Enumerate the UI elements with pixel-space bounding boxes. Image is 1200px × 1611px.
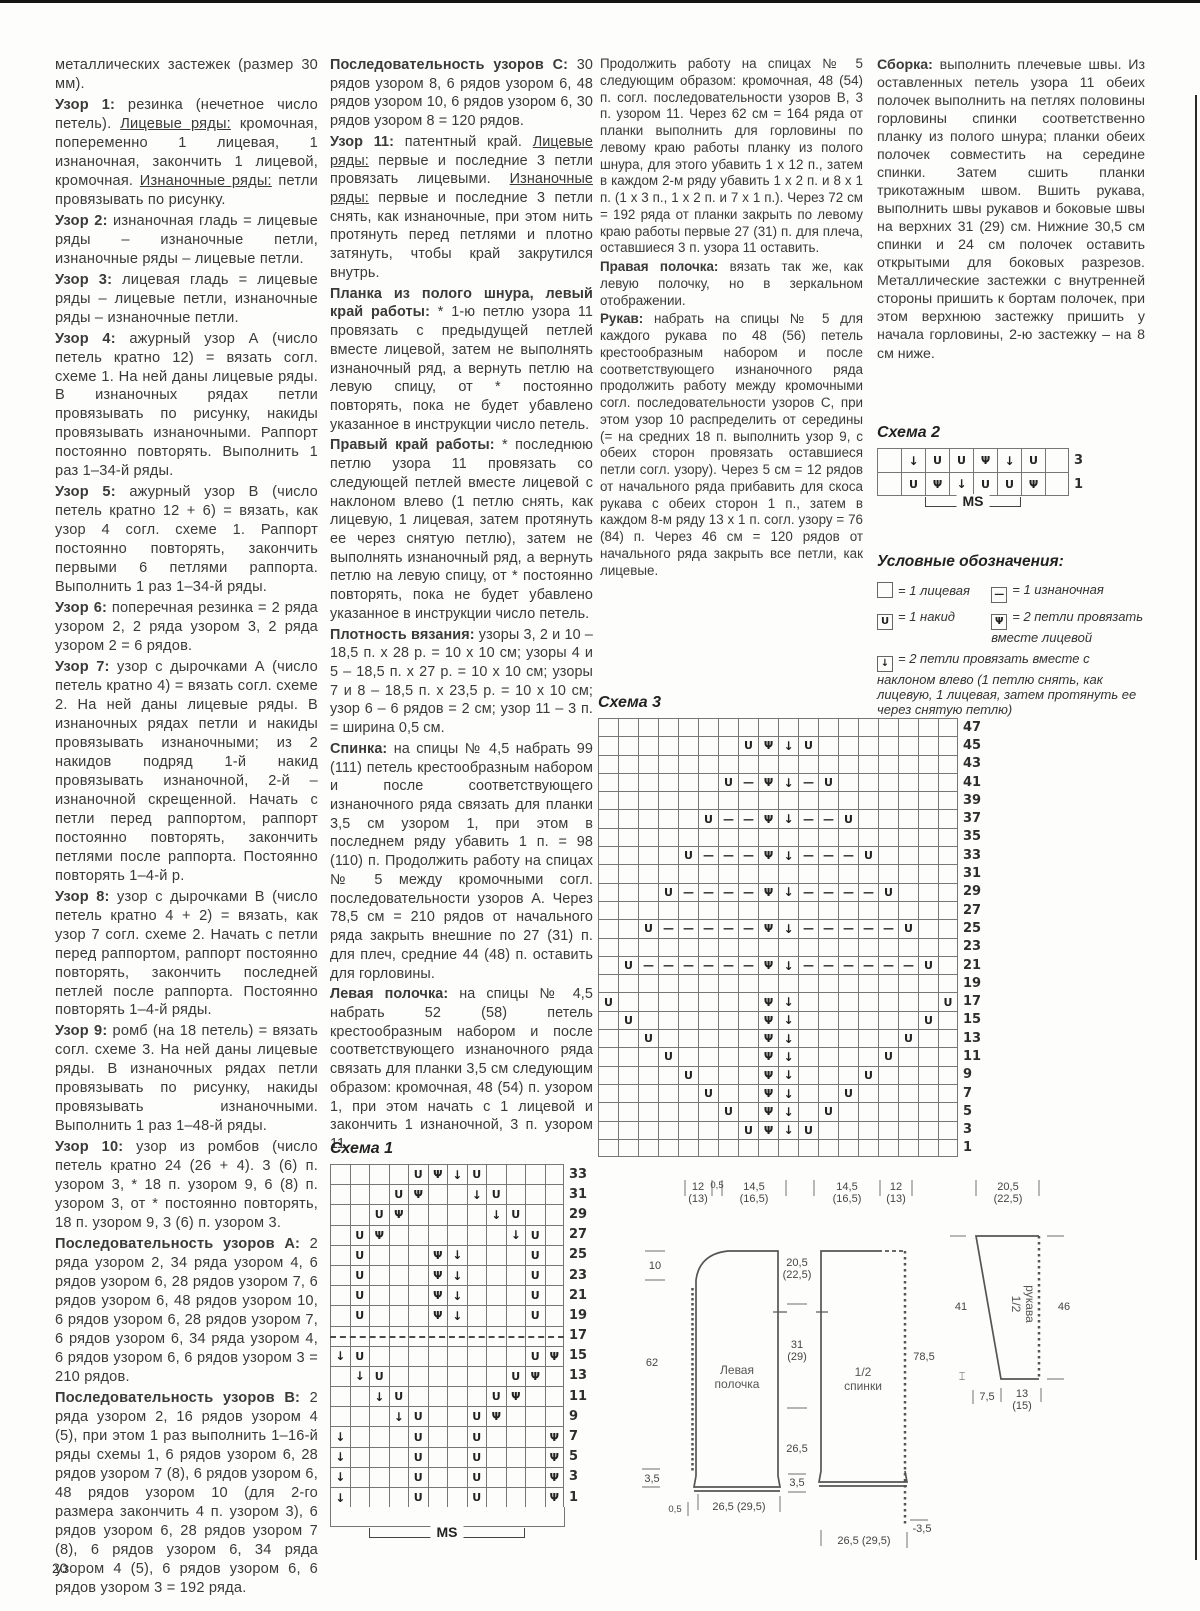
chart-cell — [486, 1467, 506, 1487]
chart-cell: ↓ — [778, 883, 798, 901]
chart-cell — [718, 1121, 738, 1139]
chart-cell — [718, 1029, 738, 1047]
chart-cell: U — [467, 1426, 487, 1446]
row-number: 15 — [958, 1011, 981, 1029]
k2tog-symbol: Ψ — [550, 1492, 559, 1503]
row-number: 3 — [1069, 448, 1083, 472]
k2tog-symbol: Ψ — [764, 740, 773, 751]
ssk-symbol: ↓ — [956, 478, 966, 490]
chart-cell — [658, 718, 678, 736]
chart-cell: U — [467, 1447, 487, 1467]
chart-cell — [818, 718, 838, 736]
chart-cell — [678, 736, 698, 754]
legend-item-text: = 2 петли провязать вместе лицевой — [991, 609, 1143, 645]
back-piece-label-1: 1/2 — [855, 1365, 872, 1379]
chart-cell: Ψ — [925, 472, 949, 496]
legend-item-text: = 1 изнаночная — [1012, 582, 1104, 597]
chart-cell — [798, 1084, 818, 1102]
chart-cell — [428, 1346, 448, 1366]
k2tog-symbol: Ψ — [764, 1015, 773, 1026]
purl-symbol: — — [703, 850, 714, 861]
yarn-over-symbol: U — [531, 1250, 540, 1261]
ssk-symbol: ↓ — [783, 1051, 793, 1063]
chart-cell: — — [738, 809, 758, 827]
chart-cell — [369, 1245, 389, 1265]
chart-cell — [638, 864, 658, 882]
chart-row: 47 — [598, 718, 981, 736]
yarn-over-symbol: U — [664, 1051, 673, 1062]
chart-cell — [658, 1084, 678, 1102]
row-number: 9 — [958, 1066, 972, 1084]
back-outline — [821, 1251, 878, 1471]
chart-cell — [369, 1467, 389, 1487]
chart-cell — [618, 1066, 638, 1084]
row-number: 11 — [564, 1386, 587, 1406]
chart-cell: U — [467, 1467, 487, 1487]
ssk-symbol: ↓ — [394, 1411, 404, 1423]
chart-cell — [938, 1121, 958, 1139]
row-number: 7 — [564, 1426, 578, 1446]
chart-cell: Ψ — [758, 1066, 778, 1084]
chart-cell — [758, 755, 778, 773]
chart-cell — [858, 1102, 878, 1120]
chart-cell — [838, 1066, 858, 1084]
chart-cell — [738, 791, 758, 809]
chart-cell — [658, 938, 678, 956]
chart-cell: ↓ — [447, 1164, 467, 1184]
front-hem — [694, 1476, 780, 1487]
chart-cell: — — [698, 883, 718, 901]
chart-row: ↓UUΨ9 — [330, 1406, 587, 1426]
legend-item: ↓= 2 петли провязать вместе с наклоном в… — [877, 651, 1149, 717]
chart-cell — [778, 1139, 798, 1157]
chart-cell: — — [718, 956, 738, 974]
purl-symbol: — — [743, 960, 754, 971]
chart-cell — [878, 1066, 898, 1084]
chart-cell: U — [878, 1047, 898, 1065]
yarn-over-symbol: U — [844, 1088, 853, 1099]
row-number: 35 — [958, 828, 981, 846]
chart-cell — [858, 809, 878, 827]
k2tog-symbol: Ψ — [433, 1270, 442, 1281]
chart-cell — [738, 1084, 758, 1102]
yarn-over-symbol: U — [904, 1033, 913, 1044]
chart-cell — [638, 1102, 658, 1120]
yarn-over-symbol: U — [744, 1125, 753, 1136]
chart-cell — [918, 864, 938, 882]
chart-cell — [778, 938, 798, 956]
chart-cell — [428, 1447, 448, 1467]
chart-cell: Ψ — [758, 1121, 778, 1139]
chart-row: ↓UUΨ11 — [330, 1386, 587, 1406]
chart-cell — [506, 1467, 526, 1487]
chart-cell — [545, 1366, 565, 1386]
k2tog-symbol: Ψ — [764, 814, 773, 825]
chart-cell — [658, 809, 678, 827]
chart-cell — [798, 974, 818, 992]
purl-symbol: — — [843, 887, 854, 898]
chart-cell: U — [1021, 448, 1045, 472]
chart-cell — [758, 938, 778, 956]
chart-cell — [798, 1066, 818, 1084]
chart-cell — [506, 1447, 526, 1467]
chart-cell: Ψ — [428, 1245, 448, 1265]
chart-cell — [447, 1406, 467, 1426]
chart-cell: Ψ — [758, 1084, 778, 1102]
chart-row: U——Ψ↓——U37 — [598, 809, 981, 827]
yarn-over-symbol: U — [375, 1209, 384, 1220]
chart-cell — [858, 718, 878, 736]
k2tog-symbol: Ψ — [764, 887, 773, 898]
chart-cell — [798, 1029, 818, 1047]
chart-cell — [938, 773, 958, 791]
chart-cell — [818, 1066, 838, 1084]
chart-cell — [330, 1386, 350, 1406]
chart-cell — [467, 1245, 487, 1265]
chart-cell — [447, 1366, 467, 1386]
chart-cell — [818, 755, 838, 773]
row-number: 45 — [958, 736, 981, 754]
purl-symbol: — — [743, 887, 754, 898]
chart-cell: — — [718, 919, 738, 937]
yarn-over-symbol: U — [864, 1070, 873, 1081]
chart-cell — [545, 1386, 565, 1406]
chart-cell: ↓ — [778, 773, 798, 791]
paragraph: Узор 9: ромб (на 18 петель) = вязать сог… — [55, 1022, 318, 1136]
chart-cell — [428, 1426, 448, 1446]
row-number: 37 — [958, 809, 981, 827]
chart-cell — [638, 809, 658, 827]
paragraph: Узор 2: изнаночная гладь = лицевые ряды … — [55, 212, 318, 269]
chart-cell: U — [486, 1184, 506, 1204]
ssk-symbol: ↓ — [452, 1249, 462, 1261]
chart-cell — [428, 1366, 448, 1386]
chart-cell — [698, 901, 718, 919]
chart-cell — [428, 1386, 448, 1406]
chart-cell — [506, 1487, 526, 1507]
sleeve-piece-label-1: 1/2 — [1009, 1296, 1023, 1313]
chart-cell — [408, 1225, 428, 1245]
paragraph: Узор 6: поперечная резинка = 2 ряда узор… — [55, 599, 318, 656]
chart-cell: — — [738, 919, 758, 937]
chart-cell — [598, 773, 618, 791]
chart-cell — [858, 938, 878, 956]
ssk-symbol: ↓ — [1004, 455, 1014, 467]
chart-cell — [408, 1305, 428, 1325]
chart-cell — [758, 1139, 778, 1157]
chart-cell — [369, 1346, 389, 1366]
chart-cell — [350, 1386, 370, 1406]
purl-symbol: — — [643, 960, 654, 971]
back-slit-measure: -3,5 — [913, 1523, 932, 1535]
yarn-over-symbol: U — [355, 1250, 364, 1261]
yarn-over-symbol: U — [472, 1432, 481, 1443]
front-piece-label-2: полочка — [715, 1377, 760, 1391]
magazine-page: металлических застежек (размер 30 мм).Уз… — [0, 0, 1200, 1611]
chart-cell — [858, 992, 878, 1010]
chart-cell — [638, 1011, 658, 1029]
chart-row: U———Ψ↓———U33 — [598, 846, 981, 864]
chart-cell: U — [525, 1346, 545, 1366]
chart-cell — [798, 938, 818, 956]
chart-cell — [838, 1121, 858, 1139]
chart-cell: Ψ — [428, 1305, 448, 1325]
chart-row: ↓UUΨ7 — [330, 1426, 587, 1446]
chart-cell — [369, 1406, 389, 1426]
chart-cell — [938, 919, 958, 937]
chart-cell — [330, 1164, 350, 1184]
chart-cell — [618, 1139, 638, 1157]
yarn-over-symbol: U — [355, 1351, 364, 1362]
chart-cell — [389, 1447, 409, 1467]
yarn-over-symbol: U — [394, 1189, 403, 1200]
row-number: 21 — [564, 1285, 587, 1305]
chart-cell: U — [718, 1102, 738, 1120]
yarn-over-symbol: U — [511, 1209, 520, 1220]
chart-row: UΨ↓U31 — [330, 1184, 587, 1204]
chart-cell: Ψ — [486, 1406, 506, 1426]
chart-cell — [598, 1102, 618, 1120]
chart-cell: Ψ — [758, 809, 778, 827]
sleeve-hem-mark: ⌶ — [959, 1371, 966, 1383]
chart-cell: — — [818, 883, 838, 901]
chart-cell — [638, 974, 658, 992]
chart-cell — [598, 1066, 618, 1084]
chart-cell: U — [678, 846, 698, 864]
chart-cell: U — [408, 1487, 428, 1507]
chart-cell — [506, 1164, 526, 1184]
chart-cell — [486, 1245, 506, 1265]
ssk-symbol: ↓ — [783, 1033, 793, 1045]
chart-cell — [918, 846, 938, 864]
chart-cell — [698, 1102, 718, 1120]
middle-measure-3: 26,5 — [786, 1443, 807, 1455]
chart-cell — [858, 1084, 878, 1102]
chart-cell — [858, 828, 878, 846]
chart-cell — [428, 1406, 448, 1426]
chart-cell — [878, 1029, 898, 1047]
chart-cell — [938, 1139, 958, 1157]
chart-cell — [638, 1084, 658, 1102]
front-bottom-small: 0,5 — [668, 1504, 681, 1515]
row-number: 25 — [958, 919, 981, 937]
chart-cell — [545, 1204, 565, 1224]
chart-cell — [598, 938, 618, 956]
chart-cell — [818, 864, 838, 882]
purl-symbol: — — [903, 960, 914, 971]
chart-cell: U — [738, 1121, 758, 1139]
chart-cell: ↓ — [778, 1047, 798, 1065]
chart-cell — [598, 1084, 618, 1102]
chart-cell — [898, 883, 918, 901]
chart-cell: ↓ — [467, 1184, 487, 1204]
k2tog-symbol: Ψ — [433, 1250, 442, 1261]
chart-cell — [1045, 448, 1069, 472]
chart-cell — [658, 773, 678, 791]
chart-cell — [918, 828, 938, 846]
chart-cell — [858, 974, 878, 992]
yarn-over-symbol: U — [924, 1015, 933, 1026]
chart-cell — [798, 791, 818, 809]
chart-cell — [467, 1386, 487, 1406]
chart-row: UΨ↓U27 — [330, 1225, 587, 1245]
text-column-2: Последовательность узоров С: 30 рядов уз… — [330, 56, 593, 1156]
chart-cell — [918, 992, 938, 1010]
chart-cell: U — [506, 1204, 526, 1224]
purl-symbol: — — [843, 960, 854, 971]
chart-cell — [758, 864, 778, 882]
chart-cell — [698, 992, 718, 1010]
legend-block: Условные обозначения: = 1 лицевая—= 1 из… — [877, 553, 1149, 720]
chart-cell: U — [618, 1011, 638, 1029]
chart-cell — [698, 938, 718, 956]
chart-cell: U — [638, 919, 658, 937]
ssk-symbol: ↓ — [783, 813, 793, 825]
yarn-over-symbol: U — [804, 740, 813, 751]
chart-cell: U — [467, 1406, 487, 1426]
chart-cell — [350, 1487, 370, 1507]
chart-cell — [738, 992, 758, 1010]
row-number: 23 — [958, 938, 981, 956]
yarn-over-symbol: U — [744, 740, 753, 751]
chart-cell — [506, 1184, 526, 1204]
chart-cell — [598, 919, 618, 937]
chart-cell: U — [898, 1029, 918, 1047]
chart-cell — [389, 1164, 409, 1184]
k2tog-symbol: Ψ — [1029, 479, 1038, 490]
chart-row: 39 — [598, 791, 981, 809]
chart-cell — [447, 1467, 467, 1487]
chart-cell — [938, 864, 958, 882]
chart-cell — [447, 1487, 467, 1507]
chart-cell — [838, 791, 858, 809]
chart-cell — [918, 1121, 938, 1139]
chart-cell — [658, 736, 678, 754]
yarn-over-symbol: U — [355, 1230, 364, 1241]
chart-cell: — — [798, 809, 818, 827]
chart-row: 1 — [598, 1139, 981, 1157]
ssk-symbol: ↓ — [511, 1229, 521, 1241]
chart-cell — [838, 1102, 858, 1120]
chart-cell — [798, 718, 818, 736]
schema-2-chart: ↓UUΨ↓U3UΨ↓UUΨ1MS — [877, 448, 1083, 507]
chart-cell — [938, 828, 958, 846]
chart-cell: — — [798, 919, 818, 937]
yarn-over-symbol: U — [531, 1290, 540, 1301]
chart-cell: ↓ — [447, 1285, 467, 1305]
back-top-measure-2b: (13) — [886, 1193, 906, 1205]
chart-row: UΨ↓U13 — [598, 1029, 981, 1047]
yarn-over-symbol: U — [684, 1070, 693, 1081]
chart-cell — [350, 1467, 370, 1487]
chart-cell — [678, 901, 698, 919]
chart-cell: U — [818, 773, 838, 791]
purl-symbol: — — [863, 923, 874, 934]
schema-1-chart: UΨ↓U33UΨ↓U31UΨ↓U29UΨ↓U27UΨ↓U25UΨ↓U23UΨ↓U… — [330, 1164, 587, 1538]
ssk-symbol: ↓ — [783, 740, 793, 752]
legend-symbol-box — [877, 582, 893, 598]
chart-cell — [658, 1102, 678, 1120]
chart-cell — [838, 864, 858, 882]
chart-cell — [545, 1265, 565, 1285]
chart-cell — [778, 791, 798, 809]
chart-cell: Ψ — [545, 1487, 565, 1507]
yarn-over-symbol: U — [933, 455, 942, 466]
middle-measure-4: 3,5 — [789, 1477, 804, 1489]
chart-cell — [878, 736, 898, 754]
chart-cell — [938, 718, 958, 736]
yarn-over-symbol: U — [414, 1492, 423, 1503]
chart-cell — [447, 1225, 467, 1245]
chart-cell — [938, 883, 958, 901]
ssk-symbol: ↓ — [783, 1106, 793, 1118]
chart-cell — [350, 1406, 370, 1426]
chart-cell: U — [838, 809, 858, 827]
chart-cell — [878, 1139, 898, 1157]
k2tog-symbol: Ψ — [764, 1051, 773, 1062]
chart-cell — [618, 1084, 638, 1102]
chart-row: U————Ψ↓————U29 — [598, 883, 981, 901]
legend-item-text: = 1 накид — [898, 609, 955, 624]
text-column-4: Сборка: выполнить плечевые швы. Из остав… — [877, 56, 1145, 365]
k2tog-symbol: Ψ — [764, 1088, 773, 1099]
chart-cell — [408, 1346, 428, 1366]
chart-cell — [898, 1047, 918, 1065]
chart-cell — [878, 773, 898, 791]
k2tog-symbol: Ψ — [550, 1472, 559, 1483]
chart-cell — [330, 1265, 350, 1285]
chart-cell — [618, 828, 638, 846]
chart-cell — [389, 1366, 409, 1386]
chart-cell — [938, 1047, 958, 1065]
chart-cell — [898, 773, 918, 791]
row-number: 1 — [958, 1139, 972, 1157]
chart-cell — [798, 864, 818, 882]
chart-cell — [618, 1121, 638, 1139]
chart-row: ↓UUΨ1 — [330, 1487, 587, 1507]
chart-cell — [467, 1265, 487, 1285]
chart-cell — [918, 974, 938, 992]
chart-cell — [389, 1265, 409, 1285]
chart-cell — [738, 938, 758, 956]
front-piece-label-1: Левая — [720, 1363, 754, 1377]
chart-cell — [638, 773, 658, 791]
yarn-over-symbol: U — [644, 923, 653, 934]
chart-cell — [918, 919, 938, 937]
chart-cell — [525, 1467, 545, 1487]
chart-cell — [545, 1245, 565, 1265]
chart-cell — [878, 901, 898, 919]
chart-cell — [838, 1047, 858, 1065]
chart-cell — [658, 974, 678, 992]
chart-cell — [389, 1467, 409, 1487]
yarn-over-symbol: U — [472, 1169, 481, 1180]
chart-cell — [486, 1366, 506, 1386]
chart-cell — [898, 864, 918, 882]
chart-cell: U — [486, 1386, 506, 1406]
ssk-symbol: ↓ — [374, 1391, 384, 1403]
chart-cell — [369, 1184, 389, 1204]
chart-cell — [598, 736, 618, 754]
chart-cell — [858, 755, 878, 773]
chart-row: 23 — [598, 938, 981, 956]
yarn-over-symbol: U — [624, 1015, 633, 1026]
chart-cell — [486, 1225, 506, 1245]
chart-cell — [778, 718, 798, 736]
chart-cell: — — [838, 846, 858, 864]
legend-symbol-box: ↓ — [877, 656, 893, 672]
chart-cell — [369, 1447, 389, 1467]
